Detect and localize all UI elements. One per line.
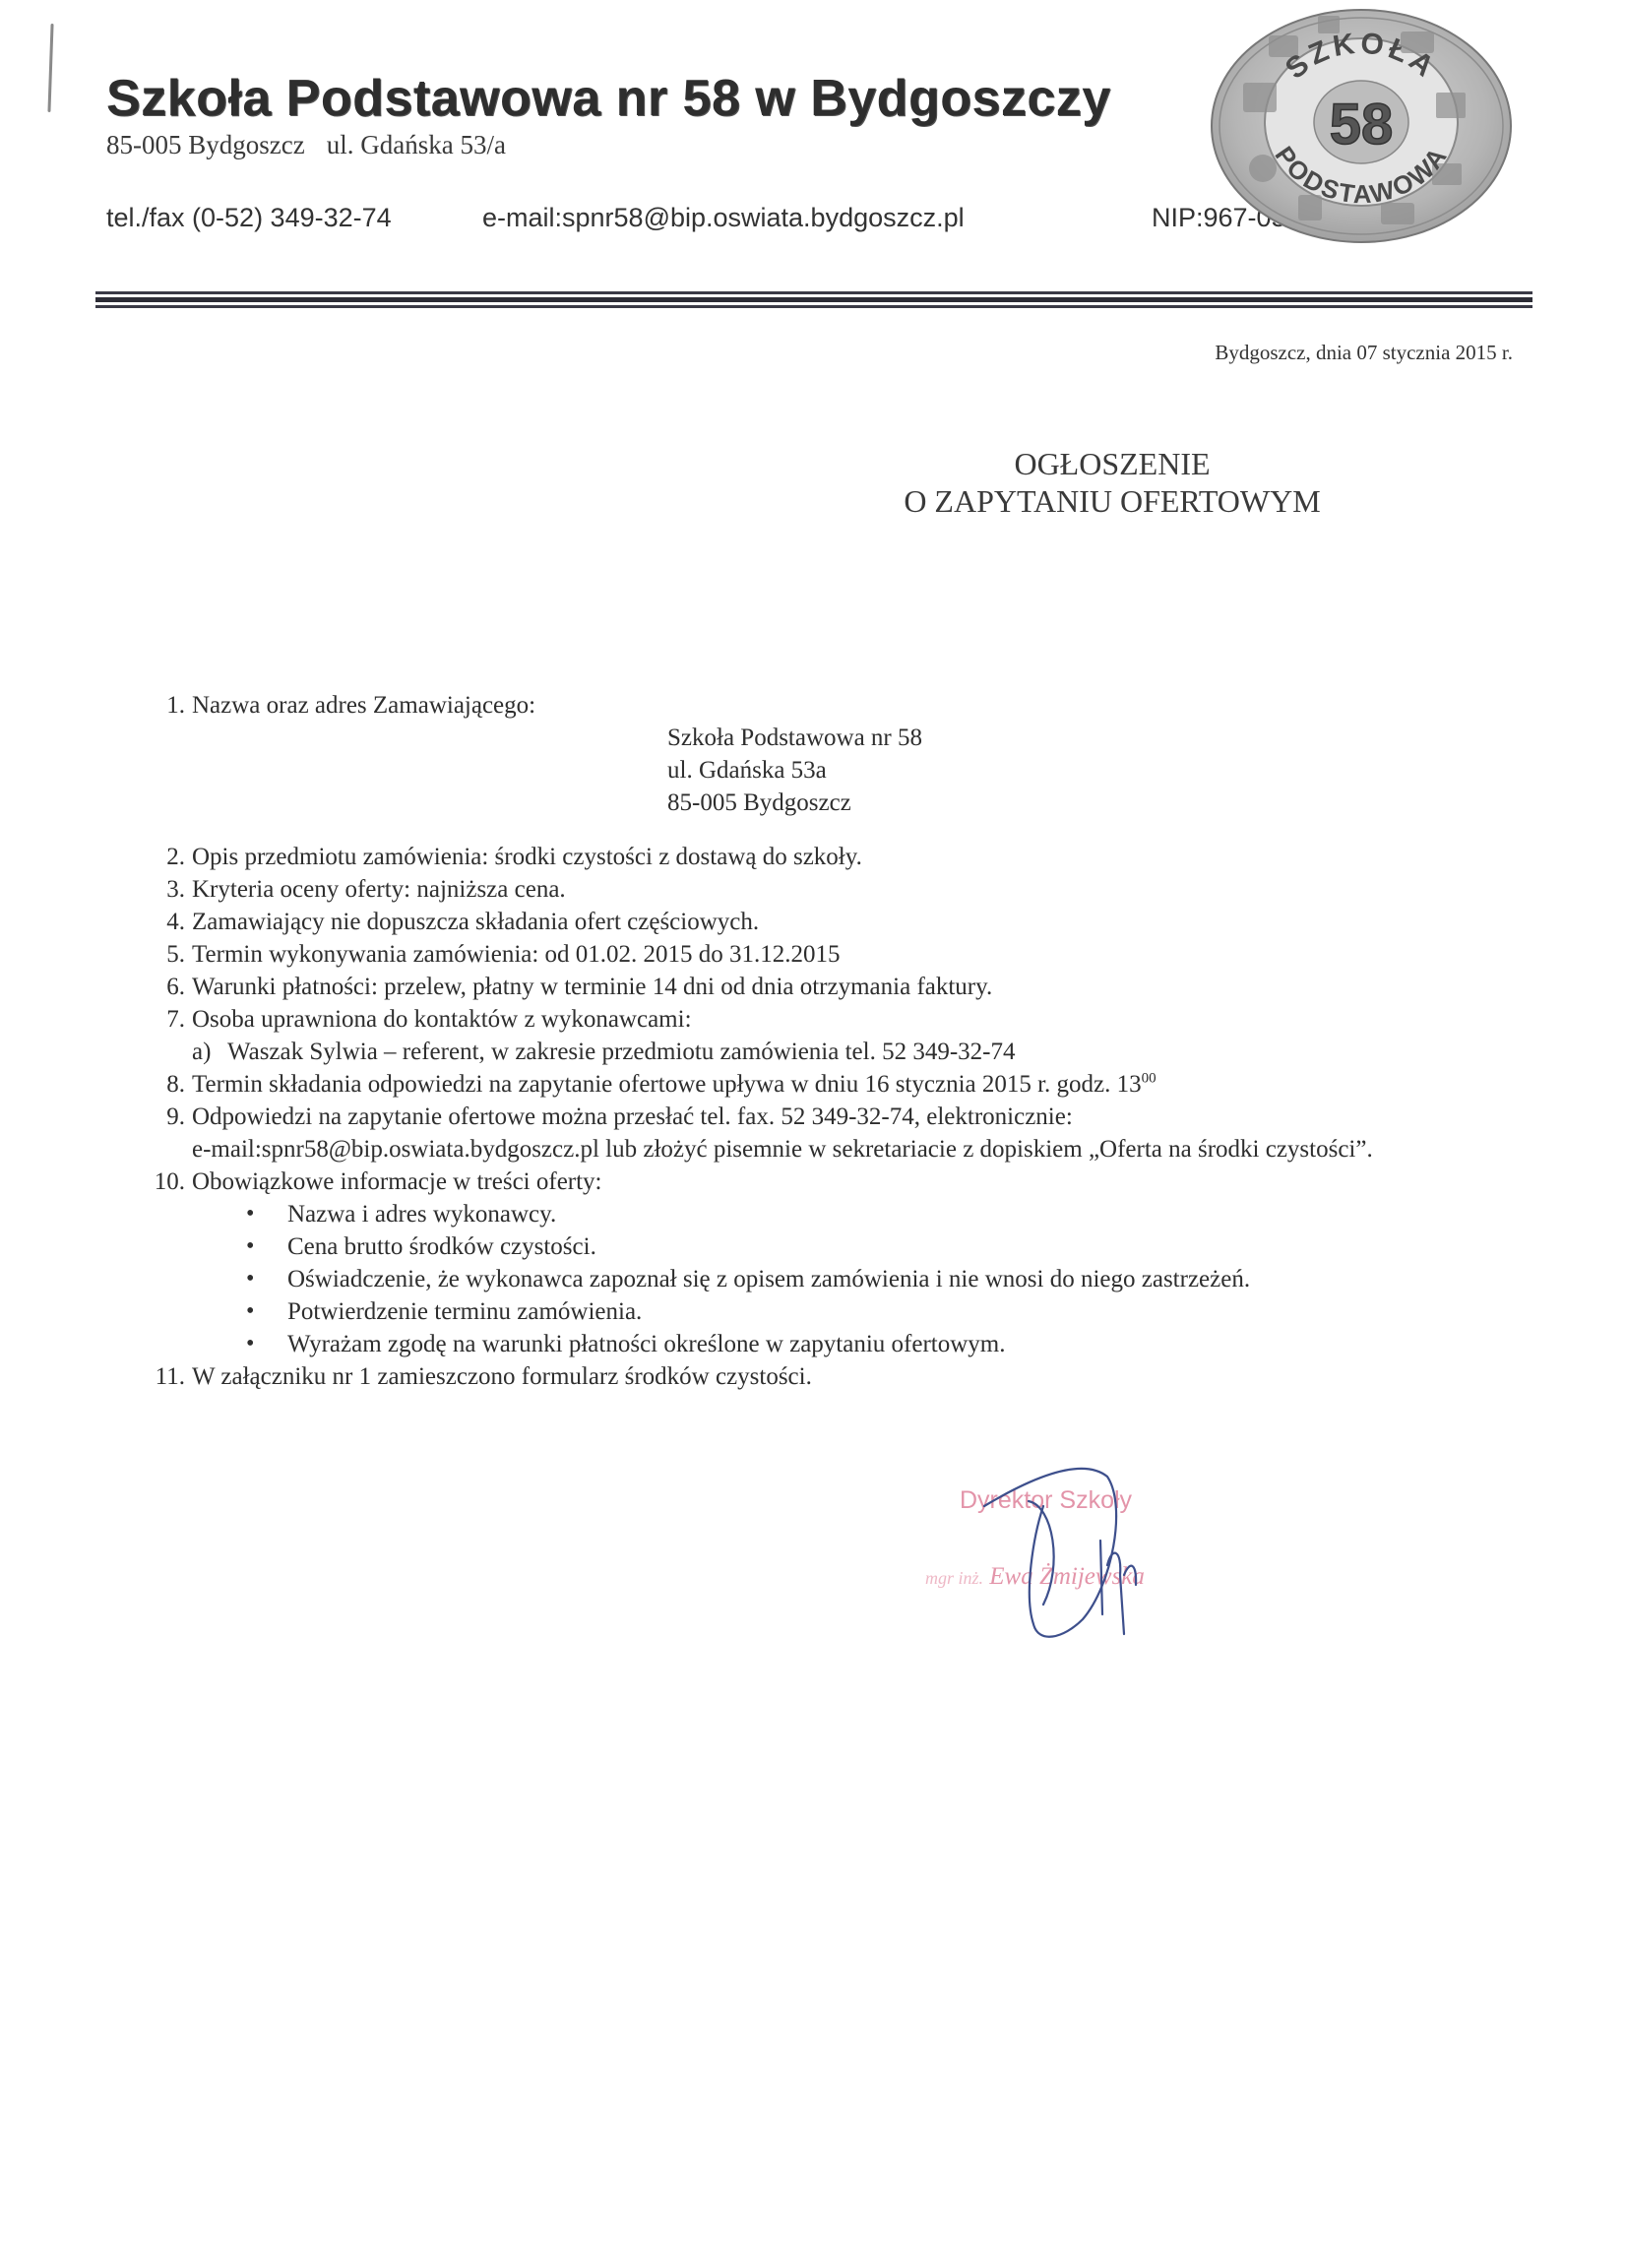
list-item-7: 7. Osoba uprawniona do kontaktów z wykon… [157, 1003, 1585, 1036]
bullet-item: Cena brutto środków czystości. [246, 1230, 1585, 1263]
numbered-list: 1.Nazwa oraz adres Zamawiającego: Szkoła… [157, 689, 1585, 1393]
contact-person: a)Waszak Sylwia – referent, w zakresie p… [157, 1036, 1585, 1068]
street-address: ul. Gdańska 53/a [327, 130, 506, 159]
list-item-9: 9.Odpowiedzi na zapytanie ofertowe można… [157, 1101, 1585, 1133]
required-info-list: Nazwa i adres wykonawcy. Cena brutto śro… [157, 1198, 1585, 1360]
list-item-6: 6.Warunki płatności: przelew, płatny w t… [157, 971, 1585, 1003]
list-item-1: 1.Nazwa oraz adres Zamawiającego: [157, 689, 1585, 722]
school-name: Szkoła Podstawowa nr 58 w Bydgoszczy [106, 69, 1111, 128]
list-item-9-continuation: e-mail:spnr58@bip.oswiata.bydgoszcz.pl l… [157, 1133, 1585, 1165]
header-divider [95, 291, 1532, 311]
list-item-3: 3.Kryteria oceny oferty: najniższa cena. [157, 873, 1585, 906]
list-item-11: 11.W załączniku nr 1 zamieszczono formul… [157, 1360, 1585, 1393]
bullet-item: Wyrażam zgodę na warunki płatności okreś… [246, 1328, 1585, 1360]
list-item-4: 4.Zamawiający nie dopuszcza składania of… [157, 906, 1585, 938]
postal-code-city: 85-005 Bydgoszcz [106, 130, 305, 159]
list-item-8: 8.Termin składania odpowiedzi na zapytan… [157, 1068, 1585, 1101]
list-item-2: 2.Opis przedmiotu zamówienia: środki czy… [157, 841, 1585, 873]
scan-artifact-mark [47, 24, 53, 112]
list-item-10: 10.Obowiązkowe informacje w treści ofert… [157, 1165, 1585, 1198]
email-address: e-mail:spnr58@bip.oswiata.bydgoszcz.pl [482, 203, 965, 233]
phone-fax: tel./fax (0-52) 349-32-74 [106, 203, 392, 233]
bullet-item: Oświadczenie, że wykonawca zapoznał się … [246, 1263, 1585, 1295]
bullet-item: Nazwa i adres wykonawcy. [246, 1198, 1585, 1230]
school-emblem-icon: SZKOŁA PODSTAWOWA 58 [1204, 6, 1517, 252]
orderer-address: Szkoła Podstawowa nr 58 ul. Gdańska 53a … [157, 722, 1585, 819]
title-line-1: OGŁOSZENIE [866, 445, 1358, 482]
list-item-5: 5.Termin wykonywania zamówienia: od 01.0… [157, 938, 1585, 971]
handwritten-signature-icon [915, 1447, 1230, 1644]
school-address: 85-005 Bydgoszczul. Gdańska 53/a [106, 130, 506, 160]
document-title: OGŁOSZENIE O ZAPYTANIU OFERTOWYM [866, 445, 1358, 520]
svg-text:58: 58 [1330, 93, 1394, 157]
document-date: Bydgoszcz, dnia 07 stycznia 2015 r. [1215, 341, 1513, 365]
title-line-2: O ZAPYTANIU OFERTOWYM [866, 482, 1358, 520]
bullet-item: Potwierdzenie terminu zamówienia. [246, 1295, 1585, 1328]
